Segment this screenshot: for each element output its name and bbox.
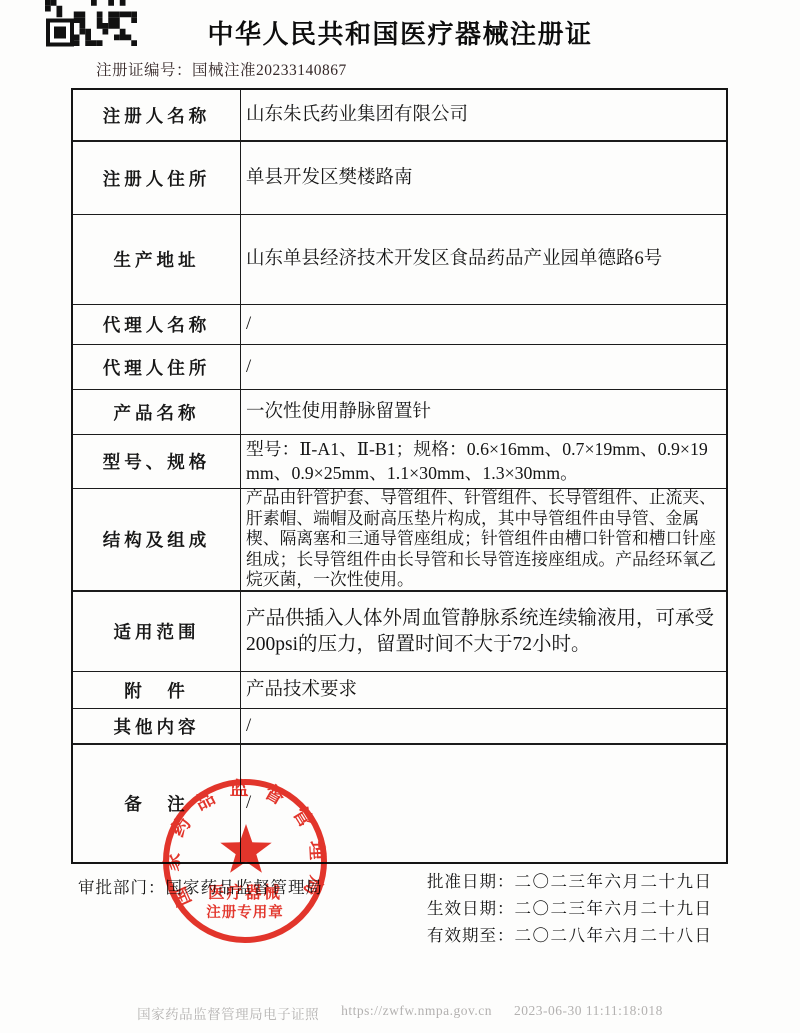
row-label: 其他内容 — [73, 709, 241, 743]
registration-number-label: 注册证编号： — [96, 62, 192, 79]
row-label: 结构及组成 — [73, 489, 241, 590]
row-value: 单县开发区樊楼路南 — [241, 142, 726, 214]
footer-timestamp: 2023-06-30 11:11:18:018 — [514, 1003, 663, 1023]
row-value: / — [241, 305, 726, 344]
effective-date-value: 二〇二三年六月二十九日 — [515, 899, 713, 918]
row-value: 产品由针管护套、导管组件、针管组件、长导管组件、止流夹、肝素帽、端帽及耐高压垫片… — [241, 489, 726, 590]
row-label: 注册人住所 — [73, 142, 241, 214]
registration-number-line: 注册证编号：国械注准20233140867 — [96, 58, 347, 80]
certificate-table: 注册人名称 山东朱氏药业集团有限公司 注册人住所 单县开发区樊楼路南 生产地址 … — [71, 88, 728, 864]
approval-date-value: 二〇二三年六月二十九日 — [515, 872, 713, 891]
effective-date-label: 生效日期： — [427, 899, 515, 918]
table-row: 结构及组成 产品由针管护套、导管组件、针管组件、长导管组件、止流夹、肝素帽、端帽… — [73, 489, 726, 592]
footer-url: https://zwfw.nmpa.gov.cn — [341, 1003, 492, 1023]
row-label: 适用范围 — [73, 592, 241, 671]
seal-star-icon — [220, 824, 271, 873]
effective-date-line: 生效日期：二〇二三年六月二十九日 — [427, 895, 713, 922]
expiry-date-line: 有效期至：二〇二八年六月二十八日 — [427, 922, 713, 949]
electronic-license-footer: 国家药品监督管理局电子证照 https://zwfw.nmpa.gov.cn 2… — [0, 1003, 800, 1023]
row-label: 代理人住所 — [73, 345, 241, 389]
table-row: 代理人名称 / — [73, 305, 726, 345]
row-value: / — [241, 345, 726, 389]
approval-date-label: 批准日期： — [427, 872, 515, 891]
page-title: 中华人民共和国医疗器械注册证 — [0, 14, 800, 51]
table-row: 生产地址 山东单县经济技术开发区食品药品产业园单德路6号 — [73, 215, 726, 305]
registration-number-value: 国械注准20233140867 — [192, 62, 347, 79]
expiry-date-value: 二〇二八年六月二十八日 — [515, 926, 713, 945]
table-row: 型号、规格 型号：Ⅱ-A1、Ⅱ-B1；规格：0.6×16mm、0.7×19mm、… — [73, 435, 726, 489]
certificate-page: 中华人民共和国医疗器械注册证 注册证编号：国械注准20233140867 注册人… — [0, 0, 800, 1033]
approval-department-label: 审批部门： — [78, 878, 166, 897]
table-row: 其他内容 / — [73, 709, 726, 745]
seal-line2: 注册专用章 — [206, 903, 284, 921]
table-row: 注册人住所 单县开发区樊楼路南 — [73, 142, 726, 215]
row-value: 山东单县经济技术开发区食品药品产业园单德路6号 — [241, 215, 726, 304]
footer-issuer: 国家药品监督管理局电子证照 — [137, 1003, 319, 1023]
official-seal: 国家药品监督管理局 医疗器械 注册专用章 — [160, 776, 330, 946]
row-value: 一次性使用静脉留置针 — [241, 390, 726, 434]
row-label: 代理人名称 — [73, 305, 241, 344]
expiry-date-label: 有效期至： — [427, 926, 515, 945]
row-value: / — [241, 709, 726, 743]
table-row: 注册人名称 山东朱氏药业集团有限公司 — [73, 90, 726, 142]
row-label: 型号、规格 — [73, 435, 241, 488]
row-label: 产品名称 — [73, 390, 241, 434]
row-label: 附 件 — [73, 672, 241, 708]
dates-block: 批准日期：二〇二三年六月二十九日 生效日期：二〇二三年六月二十九日 有效期至：二… — [427, 868, 713, 949]
approval-date-line: 批准日期：二〇二三年六月二十九日 — [427, 868, 713, 895]
row-value: 产品技术要求 — [241, 672, 726, 708]
table-row: 产品名称 一次性使用静脉留置针 — [73, 390, 726, 435]
row-value: 型号：Ⅱ-A1、Ⅱ-B1；规格：0.6×16mm、0.7×19mm、0.9×19… — [241, 435, 726, 488]
row-label: 注册人名称 — [73, 90, 241, 140]
row-value: 产品供插入人体外周血管静脉系统连续输液用，可承受200psi的压力，留置时间不大… — [241, 592, 726, 671]
table-row: 适用范围 产品供插入人体外周血管静脉系统连续输液用，可承受200psi的压力，留… — [73, 592, 726, 672]
table-row: 附 件 产品技术要求 — [73, 672, 726, 709]
table-row: 代理人住所 / — [73, 345, 726, 390]
row-label: 生产地址 — [73, 215, 241, 304]
row-value: 山东朱氏药业集团有限公司 — [241, 90, 726, 140]
seal-line1: 医疗器械 — [208, 882, 282, 902]
